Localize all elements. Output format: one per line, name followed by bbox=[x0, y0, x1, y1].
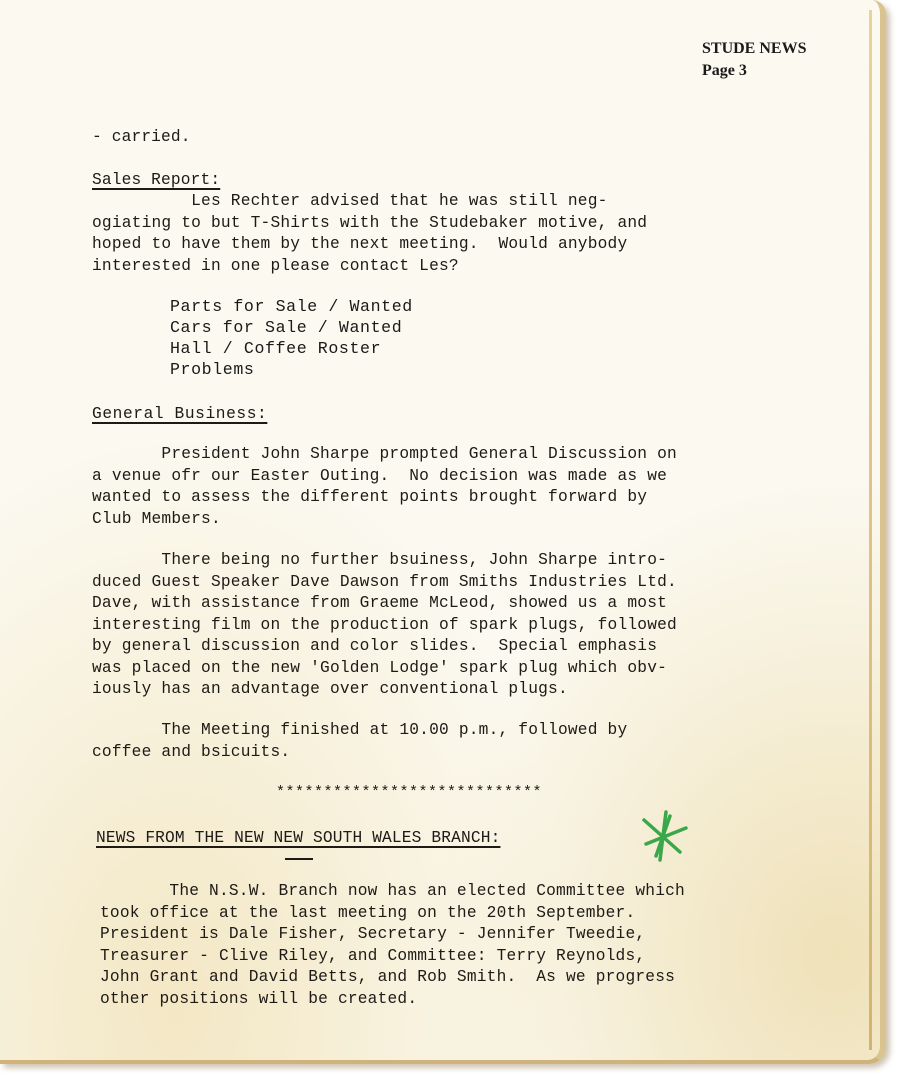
text-line: Dave, with assistance from Graeme McLeod… bbox=[92, 593, 852, 615]
general-business-heading: General Business: bbox=[92, 404, 267, 426]
general-business-paragraph-2: There being no further bsuiness, John Sh… bbox=[92, 550, 852, 701]
nsw-branch-heading: NEWS FROM THE NEW NEW SOUTH WALES BRANCH… bbox=[96, 828, 500, 850]
text-line: interesting film on the production of sp… bbox=[92, 615, 852, 637]
text-line: took office at the last meeting on the 2… bbox=[100, 903, 860, 925]
page-header: STUDE NEWS Page 3 bbox=[702, 38, 806, 82]
heading-dash bbox=[285, 858, 313, 860]
page-number: Page 3 bbox=[702, 60, 806, 82]
text-line: Treasurer - Clive Riley, and Committee: … bbox=[100, 946, 860, 968]
text-line: ogiating to but T-Shirts with the Studeb… bbox=[92, 213, 852, 235]
general-business-paragraph-3: The Meeting finished at 10.00 p.m., foll… bbox=[92, 720, 852, 763]
carried-line: - carried. bbox=[92, 127, 191, 149]
text-line: Club Members. bbox=[92, 509, 852, 531]
text-line: a venue ofr our Easter Outing. No decisi… bbox=[92, 466, 852, 488]
agenda-item: Parts for Sale / Wanted bbox=[170, 296, 413, 317]
text-line: John Grant and David Betts, and Rob Smit… bbox=[100, 967, 860, 989]
sales-report-body: Les Rechter advised that he was still ne… bbox=[92, 191, 852, 277]
green-asterisk-mark-icon bbox=[636, 808, 692, 864]
agenda-list: Parts for Sale / Wanted Cars for Sale / … bbox=[170, 296, 413, 380]
agenda-item: Hall / Coffee Roster bbox=[170, 338, 413, 359]
text-line: There being no further bsuiness, John Sh… bbox=[92, 550, 852, 572]
text-line: hoped to have them by the next meeting. … bbox=[92, 234, 852, 256]
newsletter-page: STUDE NEWS Page 3 - carried. Sales Repor… bbox=[0, 0, 886, 1064]
text-line: other positions will be created. bbox=[100, 989, 860, 1011]
text-line: The N.S.W. Branch now has an elected Com… bbox=[100, 881, 860, 903]
text-line: interested in one please contact Les? bbox=[92, 256, 852, 278]
publication-title: STUDE NEWS bbox=[702, 38, 806, 60]
text-line: was placed on the new 'Golden Lodge' spa… bbox=[92, 658, 852, 680]
text-line: duced Guest Speaker Dave Dawson from Smi… bbox=[92, 572, 852, 594]
agenda-item: Problems bbox=[170, 359, 413, 380]
text-line: by general discussion and color slides. … bbox=[92, 636, 852, 658]
agenda-item: Cars for Sale / Wanted bbox=[170, 317, 413, 338]
nsw-branch-body: The N.S.W. Branch now has an elected Com… bbox=[100, 881, 860, 1010]
section-separator: **************************** bbox=[276, 784, 542, 801]
text-line: coffee and bsicuits. bbox=[92, 742, 852, 764]
text-line: wanted to assess the different points br… bbox=[92, 487, 852, 509]
text-line: President is Dale Fisher, Secretary - Je… bbox=[100, 924, 860, 946]
text-line: The Meeting finished at 10.00 p.m., foll… bbox=[92, 720, 852, 742]
text-line: President John Sharpe prompted General D… bbox=[92, 444, 852, 466]
text-line: iously has an advantage over conventiona… bbox=[92, 679, 852, 701]
text-line: Les Rechter advised that he was still ne… bbox=[92, 191, 852, 213]
sales-report-heading: Sales Report: bbox=[92, 170, 220, 192]
general-business-paragraph-1: President John Sharpe prompted General D… bbox=[92, 444, 852, 530]
